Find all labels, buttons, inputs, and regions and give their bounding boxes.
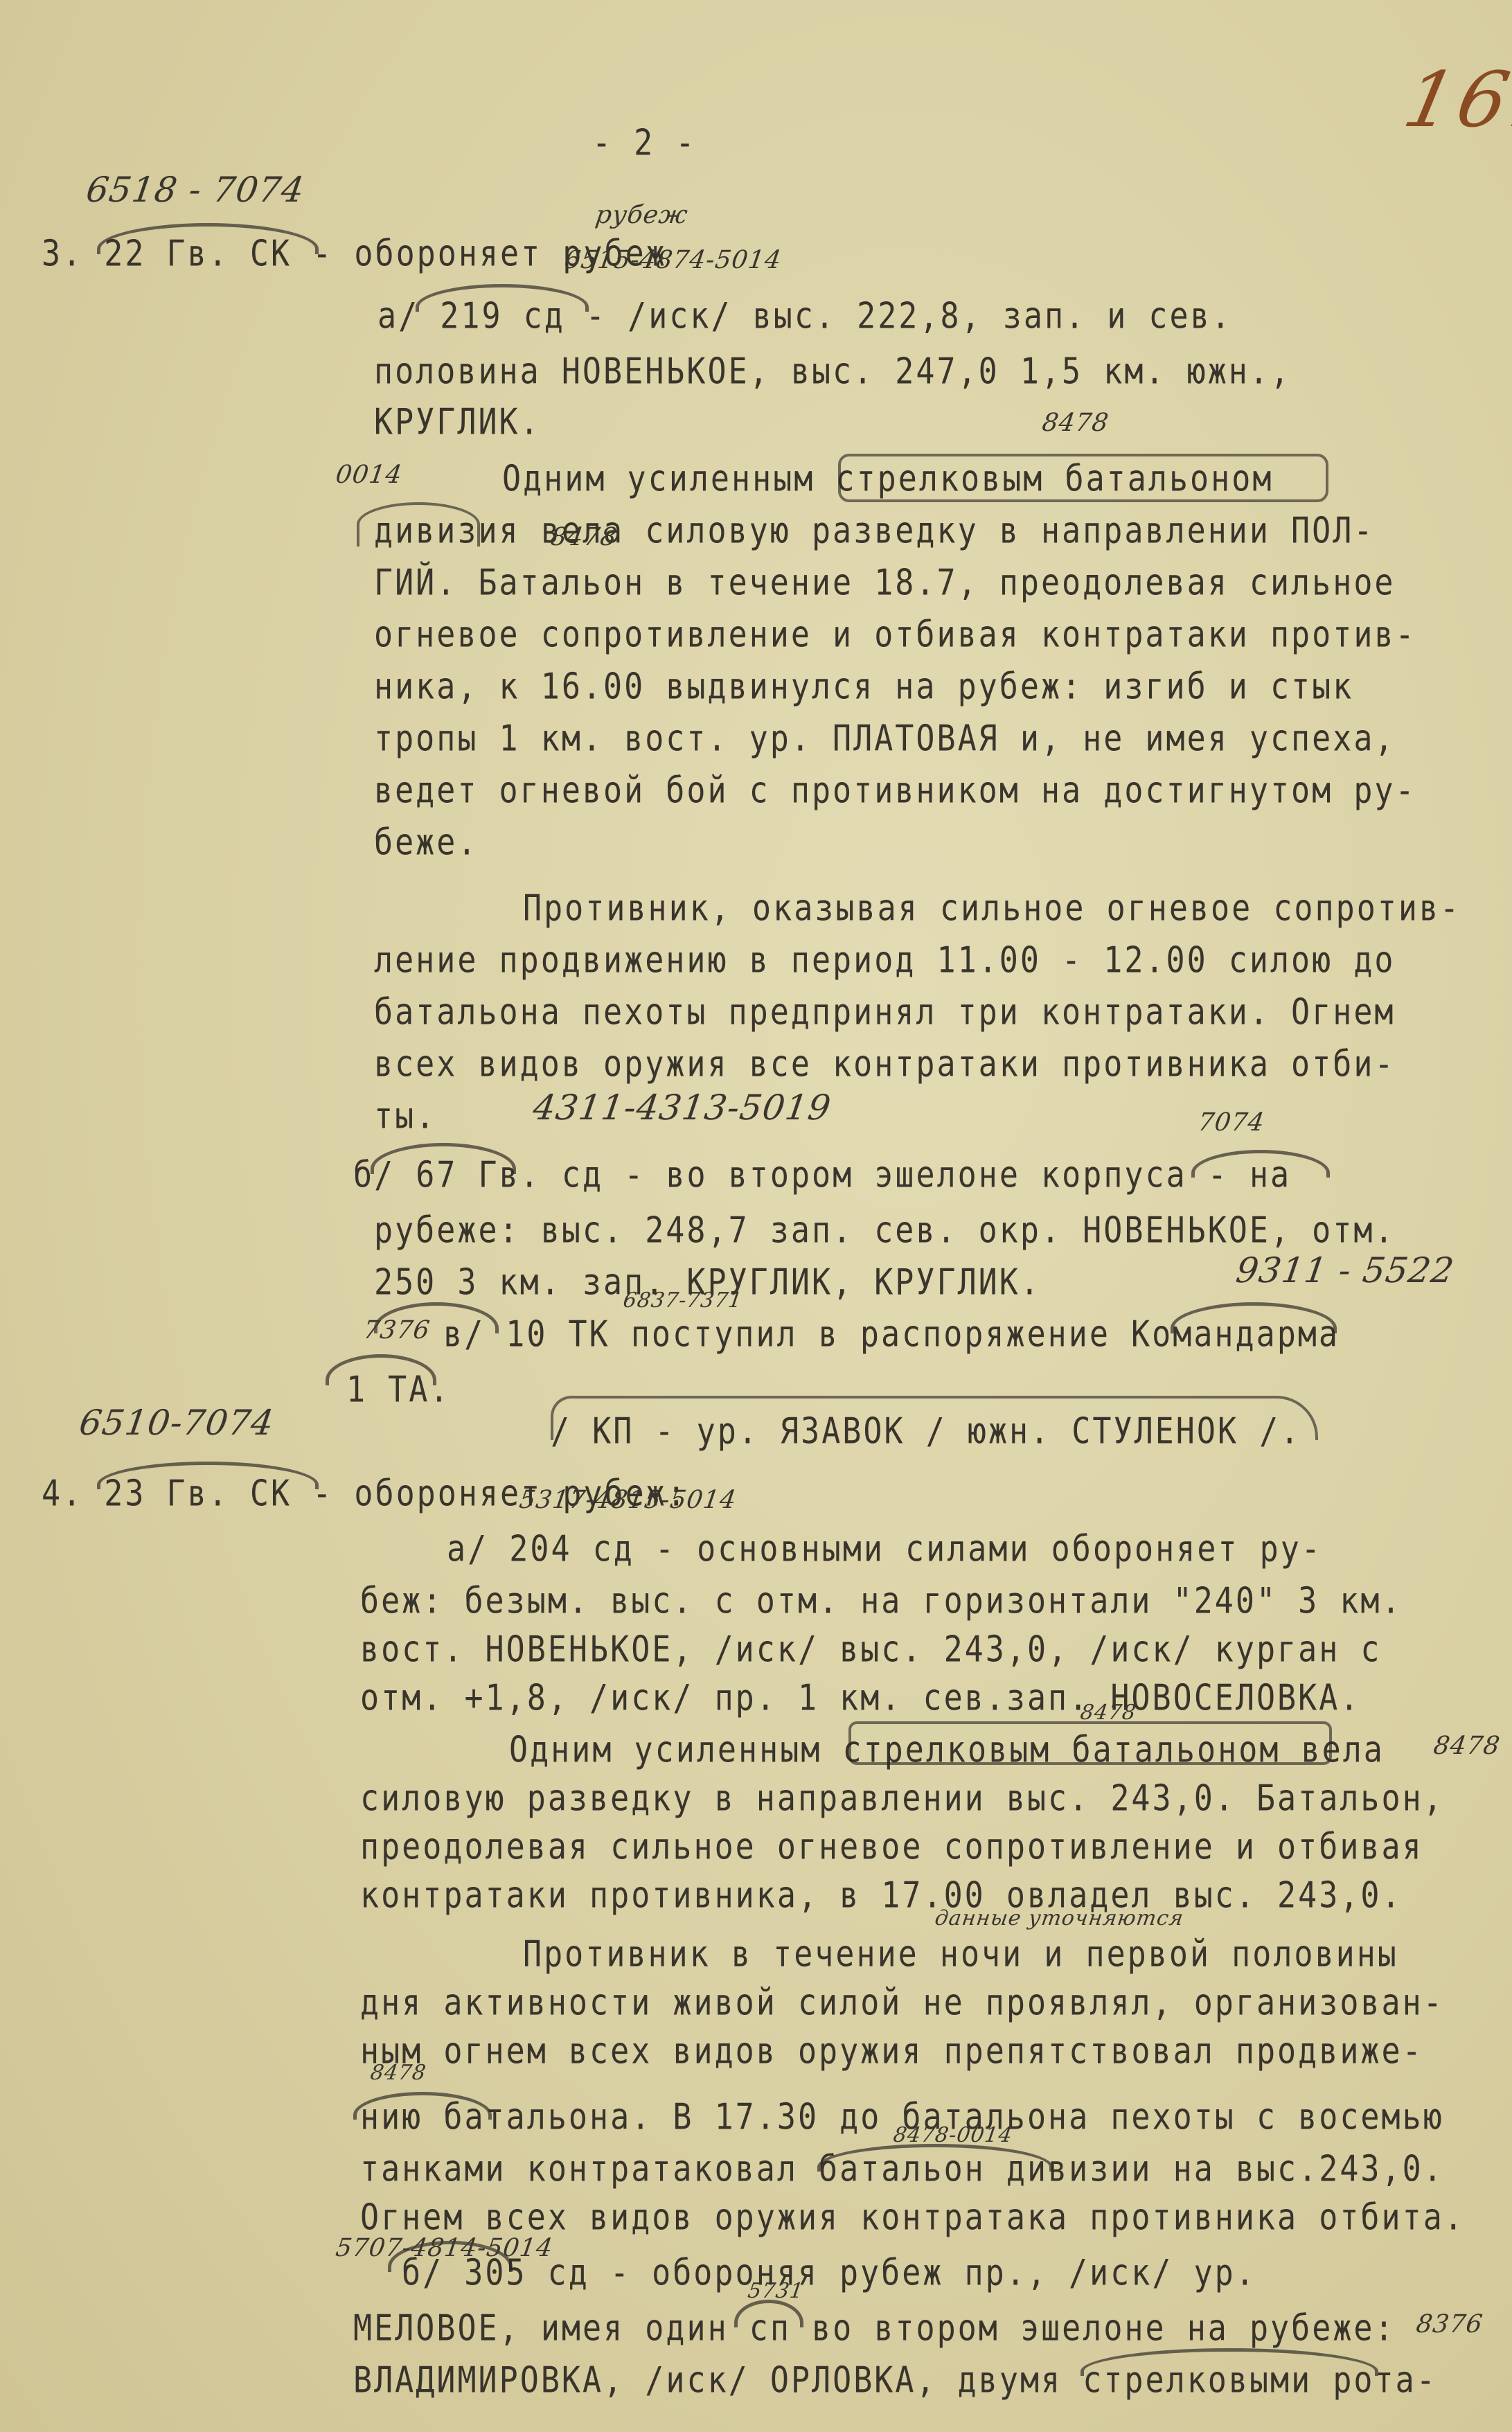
doc-line: контратаки противника, в 17.00 овладел в… bbox=[360, 1874, 1403, 1916]
annotation-coords: 8478 bbox=[549, 523, 619, 551]
doc-line: беж: безым. выс. с отм. на горизонтали "… bbox=[360, 1579, 1403, 1622]
doc-line: дня активности живой силой не проявлял, … bbox=[360, 1981, 1444, 2023]
doc-line: отм. +1,8, /иск/ пр. 1 км. сев.зап. НОВО… bbox=[360, 1676, 1360, 1719]
annotation-coords: 7074 bbox=[1196, 1108, 1266, 1137]
archival-document-page: 161 - 2 - 6518 - 7074 рубеж 3. 22 Гв. СК… bbox=[0, 0, 1512, 2432]
doc-line: б/ 305 сд - обороняя рубеж пр., /иск/ ур… bbox=[402, 2251, 1256, 2293]
doc-line: силовую разведку в направлении выс. 243,… bbox=[360, 1777, 1444, 1819]
annotation-coords: 8478 bbox=[369, 2061, 428, 2085]
doc-line: всех видов оружия все контратаки противн… bbox=[374, 1042, 1396, 1085]
doc-line: Противник в течение ночи и первой полови… bbox=[523, 1933, 1398, 1975]
doc-line: а/ 204 сд - основными силами обороняет р… bbox=[447, 1527, 1322, 1570]
doc-line: дивизия вела силовую разведку в направле… bbox=[374, 509, 1374, 551]
doc-line: МЕЛОВОЕ, имея один сп во втором эшелоне … bbox=[353, 2307, 1396, 2349]
annotation-coords: 9311 - 5522 bbox=[1234, 1250, 1457, 1290]
doc-line: половина НОВЕНЬКОЕ, выс. 247,0 1,5 км. ю… bbox=[374, 350, 1291, 392]
doc-line: ление продвижению в период 11.00 - 12.00… bbox=[374, 939, 1396, 981]
doc-line: ника, к 16.00 выдвинулся на рубеж: изгиб… bbox=[374, 665, 1353, 707]
doc-line: рубеже: выс. 248,7 зап. сев. окр. НОВЕНЬ… bbox=[374, 1209, 1396, 1251]
doc-line: вост. НОВЕНЬКОЕ, /иск/ выс. 243,0, /иск/… bbox=[360, 1628, 1382, 1670]
annotation-coords: 8478 bbox=[1432, 1732, 1502, 1760]
annotation-coords: 4311-4313-5019 bbox=[531, 1088, 834, 1128]
doc-line: б/ 67 Гв. сд - во втором эшелоне корпуса… bbox=[353, 1153, 1291, 1196]
doc-line: ным огнем всех видов оружия препятствова… bbox=[360, 2030, 1423, 2072]
page-number: - 2 - bbox=[592, 121, 696, 163]
doc-line: огневое сопротивление и отбивая контрата… bbox=[374, 613, 1416, 655]
doc-line: преодолевая сильное огневое сопротивлени… bbox=[360, 1825, 1423, 1867]
doc-line: Одним усиленным стрелковым батальоном bbox=[502, 457, 1273, 499]
doc-line: ВЛАДИМИРОВКА, /иск/ ОРЛОВКА, двумя стрел… bbox=[353, 2359, 1437, 2401]
annotation-coords: 8376 bbox=[1414, 2310, 1484, 2338]
annotation-coords: 0014 bbox=[334, 461, 404, 489]
doc-line: 1 ТА. bbox=[346, 1368, 450, 1410]
annotation-note: данные уточняются bbox=[934, 1906, 1186, 1930]
annotation-word: рубеж bbox=[594, 201, 690, 229]
doc-line: ГИЙ. Батальон в течение 18.7, преодолева… bbox=[374, 561, 1396, 603]
doc-line: Одним усиленным стрелковым батальоном ве… bbox=[509, 1728, 1385, 1770]
doc-line: Противник, оказывая сильное огневое сопр… bbox=[523, 887, 1461, 929]
doc-line: танками контратаковал батальон дивизии н… bbox=[360, 2147, 1444, 2190]
doc-line: Огнем всех видов оружия контратака проти… bbox=[360, 2196, 1465, 2238]
folio-number: 161 bbox=[1396, 55, 1512, 144]
command-post-line: / КП - ур. ЯЗАВОК / южн. СТУЛЕНОК /. bbox=[551, 1410, 1301, 1452]
doc-line: тропы 1 км. вост. ур. ПЛАТОВАЯ и, не име… bbox=[374, 717, 1396, 759]
doc-line: а/ 219 сд - /иск/ выс. 222,8, зап. и сев… bbox=[377, 294, 1232, 337]
annotation-coords: 6837-7371 bbox=[622, 1288, 745, 1313]
doc-line: КРУГЛИК. bbox=[374, 400, 541, 443]
doc-line: батальона пехоты предпринял три контрата… bbox=[374, 991, 1396, 1033]
doc-line: ведет огневой бой с противником на дости… bbox=[374, 769, 1416, 811]
doc-line: в/ 10 ТК поступил в распоряжение Команда… bbox=[443, 1313, 1340, 1355]
doc-line: ты. bbox=[374, 1094, 436, 1137]
annotation-coords: 6510-7074 bbox=[77, 1403, 277, 1443]
annotation-coords: 5317-4815-5014 bbox=[517, 1486, 738, 1514]
doc-line: беже. bbox=[374, 821, 478, 863]
annotation-coords: 6515-4874-5014 bbox=[562, 246, 783, 274]
annotation-coords: 8478 bbox=[1040, 409, 1110, 437]
annotation-coords: 6518 - 7074 bbox=[84, 170, 307, 210]
